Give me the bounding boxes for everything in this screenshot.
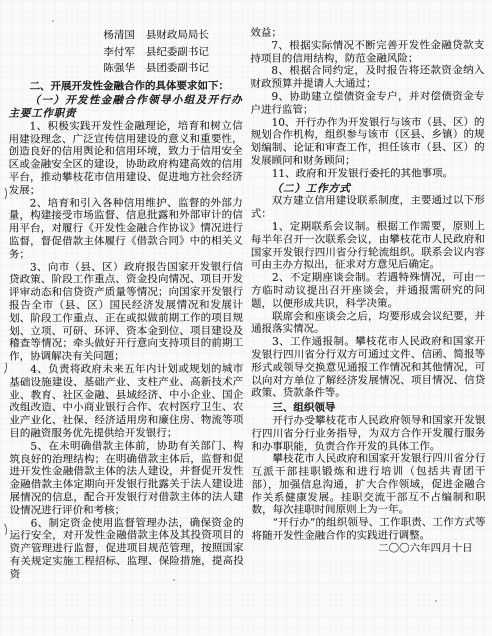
scan-speck xyxy=(132,620,133,621)
org-paragraph-1: 开行办受攀枝花市人民政府领导和国家开发银行四川省分行业务指导，为双方合作开发履行… xyxy=(251,414,485,453)
scan-speck xyxy=(173,579,175,581)
duty-item-7: 7、根据实际情况不断完善开发性金融贷款支持项目的信用结构，防范金融风险； xyxy=(250,39,484,65)
work-method-3: 3、工作通报制。攀枝花市人民政府和国家开发银行四川省分行双方可通过文件、信函、简… xyxy=(251,335,485,400)
right-column: 效益； 7、根据实际情况不断完善开发性金融贷款支持项目的信用结构，防范金融风险；… xyxy=(250,26,485,580)
org-paragraph-3: “开行办”的组织领导、工作职责、工作方式等将随开发性金融合作的实践进行调整。 xyxy=(252,517,486,543)
duty-item-3: 3、向市（县、区）政府报告国家开发银行信贷政策、阶段工作重点、资金投向情况、项目… xyxy=(9,261,243,364)
signatory-title: 县财政局局长 xyxy=(146,27,209,44)
subsection-1-heading: （一）开发性金融合作领导小组及开行办主要工作职责 xyxy=(8,94,242,120)
duty-item-2: 2、培育和引入各种信用维护、监督的外部力量，构建接受市场监督、信息批露和外部审计… xyxy=(9,197,243,262)
signatory-block: 杨清国 县财政局局长 李付军 县纪委副书记 陈强华 县团委副书记 xyxy=(103,27,242,77)
signatory-name: 杨清国 xyxy=(103,27,135,44)
date-line: 二〇〇六年四月十日 xyxy=(252,542,486,555)
duty-item-8: 8、根据合同约定，及时报告将还款资金纳入财政预算并提请人大通过； xyxy=(250,65,484,91)
signatory-title: 县团委副书记 xyxy=(146,60,209,77)
duty-item-11: 11、政府和开发银行委托的其他事项。 xyxy=(251,167,485,180)
duty-item-9: 9、协助建立偿债资金专户，并对偿债资金专户进行监管； xyxy=(250,90,484,116)
left-column: 杨清国 县财政局局长 李付军 县纪委副书记 陈强华 县团委副书记 二、开展开发性… xyxy=(8,27,243,581)
scan-speck xyxy=(455,230,456,232)
work-method-1: 1、定期联系会议制。根据工作需要，原则上每半年召开一次联系会议，由攀枝花市人民政… xyxy=(251,220,485,272)
signatory-name: 李付军 xyxy=(103,44,135,61)
document-page: 杨清国 县财政局局长 李付军 县纪委副书记 陈强华 县团委副书记 二、开展开发性… xyxy=(0,0,492,636)
duty-item-5: 5、在未明确借款主体前，协助有关部门、构筑良好的治理结构；在明确借款主体后，监督… xyxy=(9,440,243,517)
signatory-name: 陈强华 xyxy=(103,60,135,77)
duty-item-10: 10、开行办作为开发银行与该市（县、区）的规划合作机构，组织参与该市（区县、乡镇… xyxy=(251,116,485,168)
duty-item-1: 1、积极实践开发性金融理论，培育和树立信用建设理念、广泛宣传信用建设的意义和重要… xyxy=(9,120,243,197)
meeting-minutes-note: 联席会和座谈会之后，均要形成会议纪要，并通报落实情况。 xyxy=(251,310,485,336)
scan-speck xyxy=(435,600,437,602)
duty-item-6-continuation: 效益； xyxy=(250,26,484,39)
signatory-title: 县纪委副书记 xyxy=(146,44,209,61)
signatory-row: 杨清国 县财政局局长 xyxy=(103,27,242,44)
signatory-row: 陈强华 县团委副书记 xyxy=(103,60,242,77)
work-method-2: 2、不定期座谈会制。若遇特殊情况，可由一方临时动议提出召开座谈会，并通报需研究的… xyxy=(251,272,485,311)
org-paragraph-2: 攀枝花市人民政府和国家开发银行四川省分行互派干部挂职锻炼和进行培训（包括共青团干… xyxy=(251,453,485,518)
signatory-row: 李付军 县纪委副书记 xyxy=(103,44,242,61)
duty-item-6-part1: 6、制定资金使用监督管理办法，确保资金的运行安全，对开发性金融借款主体及其投资项… xyxy=(10,517,244,582)
document-content: 杨清国 县财政局局长 李付军 县纪委副书记 陈强华 县团委副书记 二、开展开发性… xyxy=(0,0,492,581)
duty-item-4: 4、负责将政府未来五年内计划或规划的城市基础设施建设、基础产业、支柱产业、高新技… xyxy=(9,363,243,440)
section-2-heading: 二、开展开发性金融合作的具体要求如下： xyxy=(8,80,242,93)
subsection-2-heading: （二）工作方式 xyxy=(251,182,485,195)
section-3-heading: 三、组织领导 xyxy=(251,401,485,414)
scan-speck xyxy=(52,20,54,22)
work-method-intro: 双方建立信用建设联系制度，主要通过以下形式： xyxy=(251,195,485,221)
